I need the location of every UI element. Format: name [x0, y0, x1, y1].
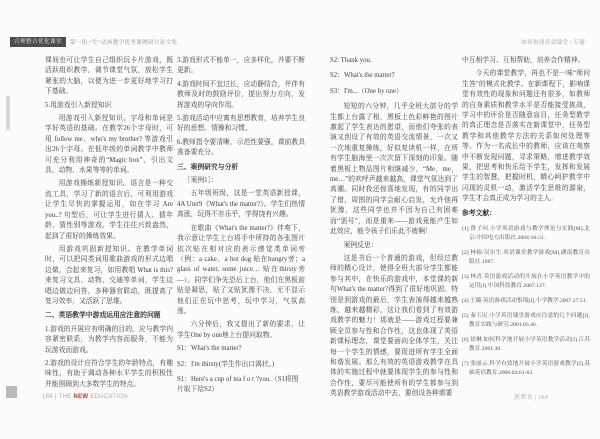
case-label: ［案例1］：: [177, 176, 305, 186]
paragraph: 今天的课堂教学，再也不是一味“师问生答”的模式化教学。在新课程下，影响课堂有效性…: [462, 69, 590, 204]
reference-entry: [7] 张丽云.科学有效地开展小学英语游戏教学[J].基础英语教育.2006.0…: [462, 360, 590, 378]
section-heading: 三、案例研究与分析: [177, 163, 305, 173]
left-running-head: 合理整合优化课堂 第一组 “生”动画教学优秀课例研讨论文集: [10, 36, 177, 47]
paragraph: 用游戏巩固新授知识。在教学单词时，可以把同类词用歌曲游戏的形式边唱边做，合起来复…: [45, 245, 173, 307]
paragraph: 用游戏引入新授知识。字母和单词是学好英语的基础。在教学26个字母时，可用 fol…: [45, 114, 173, 176]
right-page-footer: 新教育 | 169: [514, 392, 548, 401]
left-page-footer: 168 | THE NEW EDUCATION: [42, 394, 128, 400]
reference-entry: [4] 王璐.英语游戏活动集锦[J].小学教学.2007.27.51.: [462, 297, 590, 306]
paragraph: 课间也可让学生自己组织玩卡片游戏，既活跃组织教学，调节课堂气氛，放松学生紧张的大…: [45, 56, 173, 98]
list-item: 3.游戏形式不能单一，应多样化，并要不断更新。: [177, 56, 305, 77]
dialogue-line: S1：Here's a cup of tea f o r ?you.（S1将图片…: [177, 375, 305, 396]
paragraph: 中互相学习、互相帮助，培养合作精神。: [462, 56, 590, 66]
spine-mark: [6, 96, 10, 130]
list-item: 1.游戏的开展应有明确的目的，应与教学内容紧密联系，为教学内容而服务，不能为玩游…: [45, 325, 173, 356]
dialogue-line: S1：What's the matter?: [177, 344, 305, 354]
section-heading: 二、英语教学中游戏运用应注意的问题: [45, 311, 173, 321]
case-reflection-label: 案例反思：: [330, 241, 458, 251]
list-item: 6.教师指令要清晰，示范性要强，课前教具准备要充分。: [177, 138, 305, 159]
left-page-column-2: 3.游戏形式不能单一，应多样化，并要不断更新。 4.游戏时间不宜过长，应动静结合…: [177, 56, 305, 401]
dialogue-line: S2：What's the matter?: [330, 71, 458, 81]
references-heading: 参考文献：: [462, 209, 590, 219]
dialogue-line: S2：I'm thirsty(学生作出口渴状。): [177, 360, 305, 370]
reference-entry: [3] 林青.英语游戏活动的开展在小学英语教学中的运用[J].中国科技教育.20…: [462, 273, 590, 291]
left-page-number: 168: [42, 394, 53, 400]
list-item: 5.游戏活动中应寓有思想教育，培养学生良好的思想、情操和习惯。: [177, 114, 305, 135]
reference-entry: [5] 秦玉民.小学英语课堂游戏应注意的几个问题[J].教育实践与研究.2001…: [462, 312, 590, 330]
right-page-column-1: S2: Thank you. S2：What's the matter? S3：…: [330, 56, 458, 403]
paragraph: 短短的六分钟，几乎全班大部分的学生都上台露了相，黑板上色彩鲜艳的图片激起了学生表…: [330, 102, 458, 237]
left-running-title: 第一组 “生”动画教学优秀课例研讨论文集: [70, 38, 177, 46]
dialogue-line: S2: Thank you.: [330, 56, 458, 66]
left-page-column-1: 课间也可让学生自己组织玩卡片游戏，既活跃组织教学，调节课堂气氛，放松学生紧张的大…: [45, 56, 173, 393]
dialogue-line: S3：I'm...（One by one）: [330, 87, 458, 97]
journal-page-spread: 合理整合优化课堂 第一组 “生”动画教学优秀课例研讨论文集 如何构建高效课堂 |…: [0, 0, 600, 439]
reference-entry: [1] 鲁子问.小学英语游戏与教学理论与实践[M].北京:中国电力出版社.200…: [462, 225, 590, 243]
list-item: 5.用游戏引入新授知识: [45, 101, 173, 111]
list-item: 4.游戏时间不宜过长，应动静结合，并伴有教师及时的鼓励评价，提出努力方向，发挥游…: [177, 80, 305, 111]
corner-mark: [6, 386, 17, 398]
reference-entry: [2] 林裕/吴尔生.英语课堂教学游戏[M].湖南教育出版社.1987.: [462, 249, 590, 267]
section-badge: 合理整合优化课堂: [10, 37, 66, 47]
paragraph: 在歌曲《What's the matter?》伴奏下，我示意让学生上台将手中所持…: [177, 224, 305, 318]
list-item: 2.游戏的设计应符合学生的年龄特点，有趣味性，有助于调动各种水平学生的积极性并能…: [45, 359, 173, 390]
right-running-head: 如何构建高效课堂 | 专题: [521, 38, 585, 46]
reference-entry: [6] 徐琳.如何科学地开展小学英语教学活动[J].江苏教育.2001.30.: [462, 336, 590, 354]
paragraph: 六分钟后，我又提出了新的要求，让学生One by one地上台提问取物。: [177, 320, 305, 341]
paragraph: 用游戏操练新授知识。语言是一种交流工具，学习了新的语言后，可利用游戏让学生尽快的…: [45, 179, 173, 241]
right-page-column-2: 中互相学习、互相帮助，培养合作精神。 今天的课堂教学，再也不是一味“师问生答”的…: [462, 56, 590, 383]
paragraph: 这是书后一个普通的游戏，但经过教师的精心设计，使得全班大部分学生都能参与其中，在…: [330, 254, 458, 400]
journal-name-part: THE: [59, 394, 74, 400]
journal-name-part: EDUCATION: [88, 394, 128, 400]
journal-name-accent: NEW: [73, 394, 88, 400]
paragraph: 五年级班级，这是一堂英语新授课，4A Unit9《What's the matt…: [177, 189, 305, 220]
